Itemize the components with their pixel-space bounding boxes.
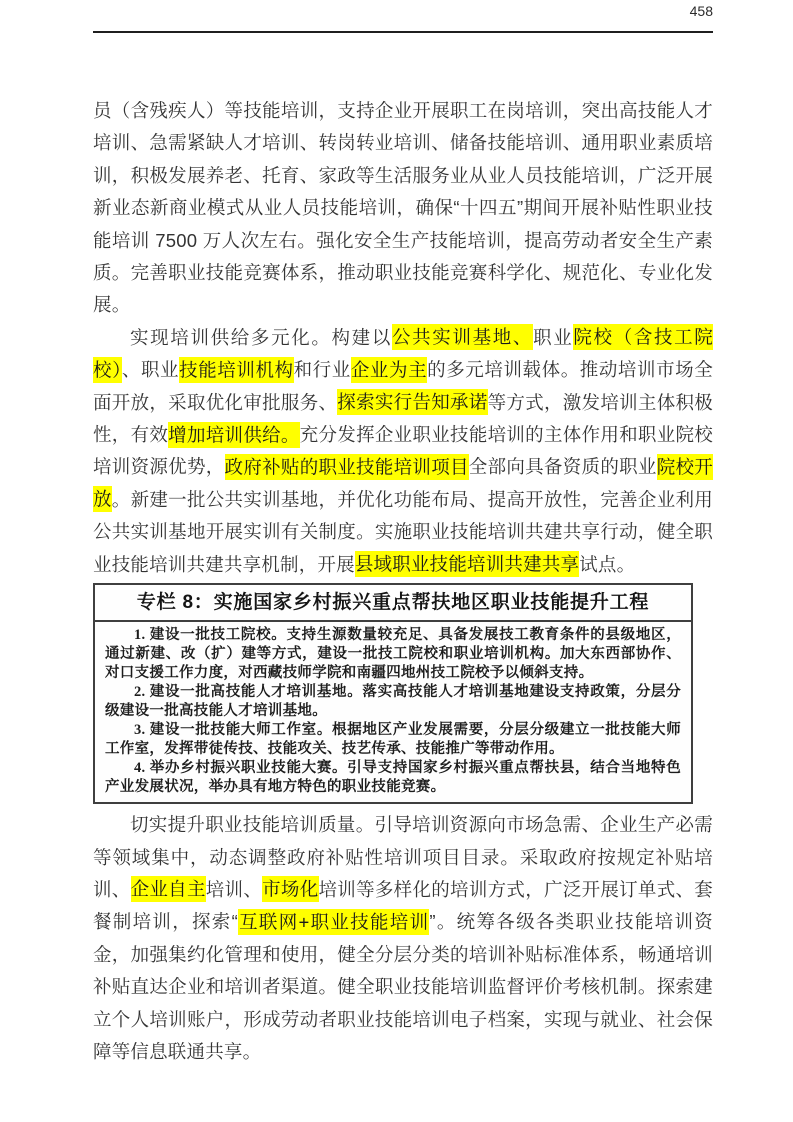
highlighted-text: 技能培训机构 [179, 357, 293, 383]
box-list-item: 2. 建设一批高技能人才培训基地。落实高技能人才培训基地建设支持政策，分层分级建… [105, 683, 681, 721]
text-run: 和行业 [294, 359, 351, 380]
box-list-item: 1. 建设一批技工院校。支持生源数量较充足、具备发展技工教育条件的县级地区，通过… [105, 626, 681, 683]
highlighted-text: 企业自主 [131, 876, 206, 902]
highlighted-text: 政府补贴的职业技能培训项目 [225, 454, 469, 480]
paragraph: 切实提升职业技能培训质量。引导培训资源向市场急需、企业生产必需等领域集中，动态调… [93, 809, 713, 1068]
paragraphs-before-box: 员（含残疾人）等技能培训，支持企业开展职工在岗培训，突出高技能人才培训、急需紧缺… [93, 95, 713, 581]
highlighted-text: 公共实训基地、 [392, 324, 533, 350]
paragraphs-after-box: 切实提升职业技能培训质量。引导培训资源向市场急需、企业生产必需等领域集中，动态调… [93, 809, 713, 1068]
text-run: 培训、 [206, 879, 262, 900]
highlighted-text: 企业为主 [351, 357, 427, 383]
text-run: 员（含残疾人）等技能培训，支持企业开展职工在岗培训，突出高技能人才培训、急需紧缺… [93, 100, 713, 315]
box-body: 1. 建设一批技工院校。支持生源数量较充足、具备发展技工教育条件的县级地区，通过… [95, 622, 691, 802]
highlighted-text: 县域职业技能培训共建共享 [355, 551, 579, 577]
page-header: 458 [0, 0, 793, 33]
highlighted-text: 互联网+职业技能培训 [238, 909, 429, 935]
callout-box: 专栏 8：实施国家乡村振兴重点帮扶地区职业技能提升工程 1. 建设一批技工院校。… [93, 583, 693, 804]
text-run: 职业 [533, 327, 573, 348]
text-run: 、职业 [122, 359, 179, 380]
page-number: 458 [93, 3, 713, 19]
box-list-item: 3. 建设一批技能大师工作室。根据地区产业发展需要，分层分级建立一批技能大师工作… [105, 721, 681, 759]
text-run: 全部向具备资质的职业 [469, 456, 657, 477]
box-list-item: 4. 举办乡村振兴职业技能大赛。引导支持国家乡村振兴重点帮扶县，结合当地特色产业… [105, 759, 681, 797]
highlighted-text: 探索实行告知承诺 [337, 389, 487, 415]
document-page: 458 员（含残疾人）等技能培训，支持企业开展职工在岗培训，突出高技能人才培训、… [0, 0, 793, 1122]
highlighted-text: 市场化 [262, 876, 318, 902]
highlighted-text: 增加培训供给。 [168, 422, 300, 448]
box-title: 专栏 8：实施国家乡村振兴重点帮扶地区职业技能提升工程 [95, 585, 691, 622]
paragraph: 员（含残疾人）等技能培训，支持企业开展职工在岗培训，突出高技能人才培训、急需紧缺… [93, 95, 713, 322]
paragraph: 实现培训供给多元化。构建以公共实训基地、职业院校（含技工院校）、职业技能培训机构… [93, 322, 713, 581]
text-run: 实现培训供给多元化。构建以 [130, 327, 392, 348]
document-body: 员（含残疾人）等技能培训，支持企业开展职工在岗培训，突出高技能人才培训、急需紧缺… [0, 33, 793, 1068]
text-run: 试点。 [579, 554, 635, 575]
